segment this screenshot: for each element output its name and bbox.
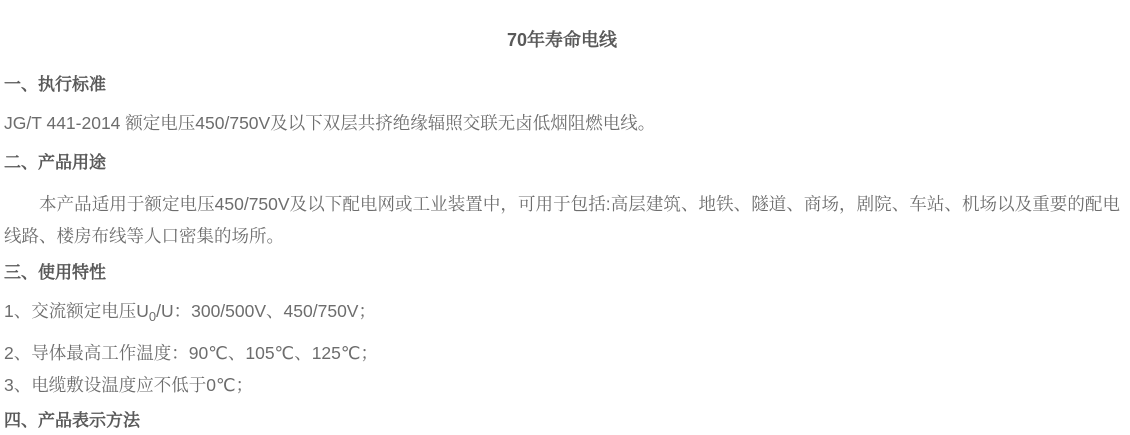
feature-item-voltage-suffix: /U：300/500V、450/750V； xyxy=(156,301,376,321)
usage-paragraph: 本产品适用于额定电压450/750V及以下配电网或工业装置中，可用于包括:高层建… xyxy=(4,188,1120,252)
section-heading-4-representation: 四、产品表示方法 xyxy=(4,410,1120,432)
feature-item-voltage: 1、交流额定电压U0/U：300/500V、450/750V； xyxy=(4,300,1120,328)
section-heading-3-characteristics: 三、使用特性 xyxy=(4,262,1120,284)
section-heading-2-usage: 二、产品用途 xyxy=(4,152,1120,174)
standard-text: JG/T 441-2014 额定电压450/750V及以下双层共挤绝缘辐照交联无… xyxy=(4,112,1120,134)
document-page: 70年寿命电线 一、执行标准 JG/T 441-2014 额定电压450/750… xyxy=(0,0,1130,435)
feature-item-voltage-prefix: 1、交流额定电压U xyxy=(4,301,149,321)
section-heading-1-standards: 一、执行标准 xyxy=(4,74,1120,96)
feature-item-laying-temperature: 3、电缆敷设温度应不低于0℃； xyxy=(4,374,1120,396)
document-title: 70年寿命电线 xyxy=(4,28,1120,52)
feature-item-max-temperature: 2、导体最高工作温度：90℃、105℃、125℃； xyxy=(4,342,1120,364)
